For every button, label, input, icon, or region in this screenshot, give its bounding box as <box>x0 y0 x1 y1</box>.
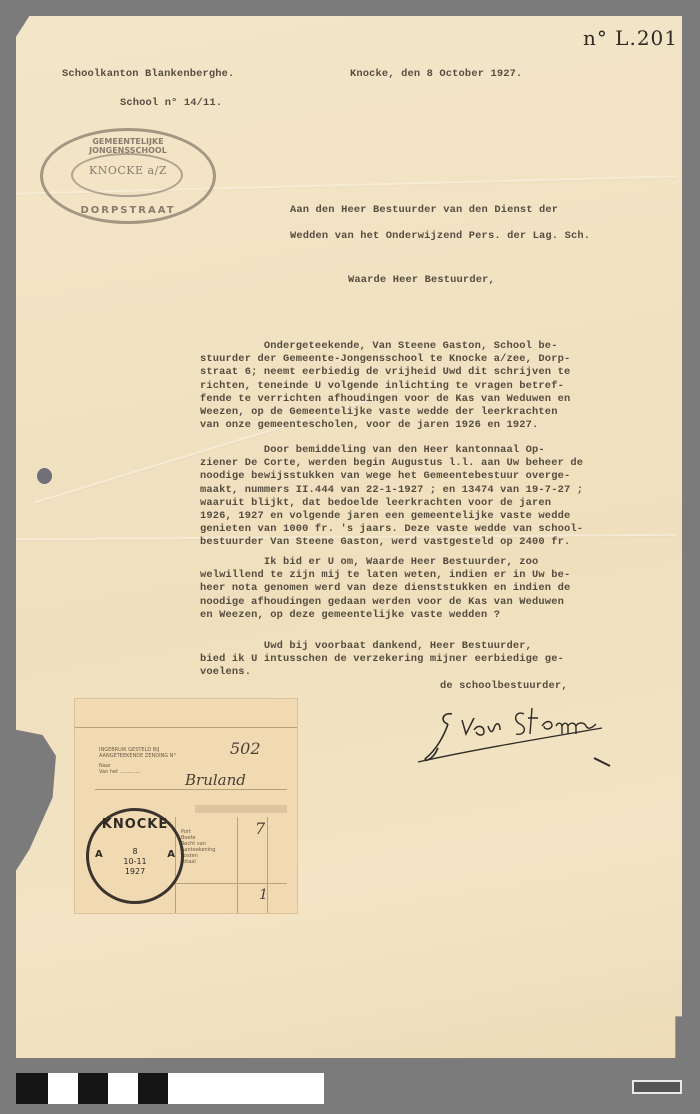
handwritten-total: 1 <box>259 887 268 903</box>
handwritten-number: 502 <box>230 739 261 758</box>
salutation: Waarde Heer Bestuurder, <box>348 274 495 287</box>
handwritten-name: Bruland <box>185 771 246 789</box>
body-line: noodige bewijsstukken van wege het Gemee… <box>200 470 570 483</box>
body-line: Ik bid er U om, Waarde Heer Bestuurder, … <box>200 556 538 569</box>
stamp-bottom-text: DORPSTRAAT <box>53 205 203 216</box>
header-school-district: Schoolkanton Blankenberghe. <box>62 68 234 81</box>
scale-bar <box>632 1080 682 1094</box>
punch-hole <box>37 468 52 484</box>
body-line: ziener De Corte, werden begin Augustus l… <box>200 457 583 470</box>
closing: de schoolbestuurder, <box>440 680 568 693</box>
body-line: genieten van 1000 fr. 's jaars. Deze vas… <box>200 523 583 536</box>
handwritten-amount: 7 <box>255 819 265 838</box>
postmark-date: 8 10-11 1927 <box>89 847 181 877</box>
body-line: voelens. <box>200 666 251 679</box>
body-line: bied ik U intusschen de verzekering mijn… <box>200 653 564 666</box>
body-line: Weezen, op de Gemeentelijke vaste wedde … <box>200 406 558 419</box>
body-line: Ondergeteekende, Van Steene Gaston, Scho… <box>200 340 558 353</box>
postmark: KNOCKE A A 8 10-11 1927 <box>86 808 184 904</box>
color-patch-white <box>48 1073 78 1104</box>
body-line: richten, teneinde U volgende inlichting … <box>200 380 564 393</box>
body-line: waaruit blijkt, dat bedoelde leerkrachte… <box>200 497 551 510</box>
body-line: Uwd bij voorbaat dankend, Heer Bestuurde… <box>200 640 532 653</box>
color-patch-black <box>78 1073 108 1104</box>
body-line: noodige afhoudingen gedaan werden voor d… <box>200 596 564 609</box>
body-line: Door bemiddeling van den Heer kantonnaal… <box>200 444 545 457</box>
body-line: stuurder der Gemeente-Jongensschool te K… <box>200 353 570 366</box>
stamp-center-text: KNOCKE a/Z <box>43 164 213 177</box>
header-place-date: Knocke, den 8 October 1927. <box>350 68 522 81</box>
body-line: maakt, nummers II.444 van 22-1-1927 ; en… <box>200 484 583 497</box>
color-patch-black <box>138 1073 168 1104</box>
addressee-line-2: Wedden van het Onderwijzend Pers. der La… <box>290 230 590 243</box>
body-line: 1926, 1927 en volgende jaren een gemeent… <box>200 510 570 523</box>
color-patch-black <box>16 1073 48 1104</box>
addressee-line-1: Aan den Heer Bestuurder van den Dienst d… <box>290 204 558 217</box>
signature <box>412 700 622 770</box>
school-number: School n° 14/11. <box>120 97 222 110</box>
color-patch-white <box>168 1073 324 1104</box>
body-line: en Weezen, op deze gemeentelijke vaste w… <box>200 609 500 622</box>
postmark-town: KNOCKE <box>89 817 181 832</box>
body-line: van onze gemeentescholen, voor de jaren … <box>200 419 538 432</box>
body-line: fende te verrichten afhoudingen voor de … <box>200 393 570 406</box>
body-line: heer nota genomen werd van deze dienstst… <box>200 582 570 595</box>
body-line: bestuurder Van Steene Gaston, werd vastg… <box>200 536 570 549</box>
color-patch-white <box>108 1073 138 1104</box>
body-line: welwillend te zijn mij te laten weten, i… <box>200 569 570 582</box>
school-stamp: GEMEENTELIJKE JONGENSSCHOOL KNOCKE a/Z D… <box>40 128 216 224</box>
reference-number: n° L.201 <box>583 26 678 50</box>
body-line: straat 6; neemt eerbiedig de vrijheid Uw… <box>200 366 570 379</box>
